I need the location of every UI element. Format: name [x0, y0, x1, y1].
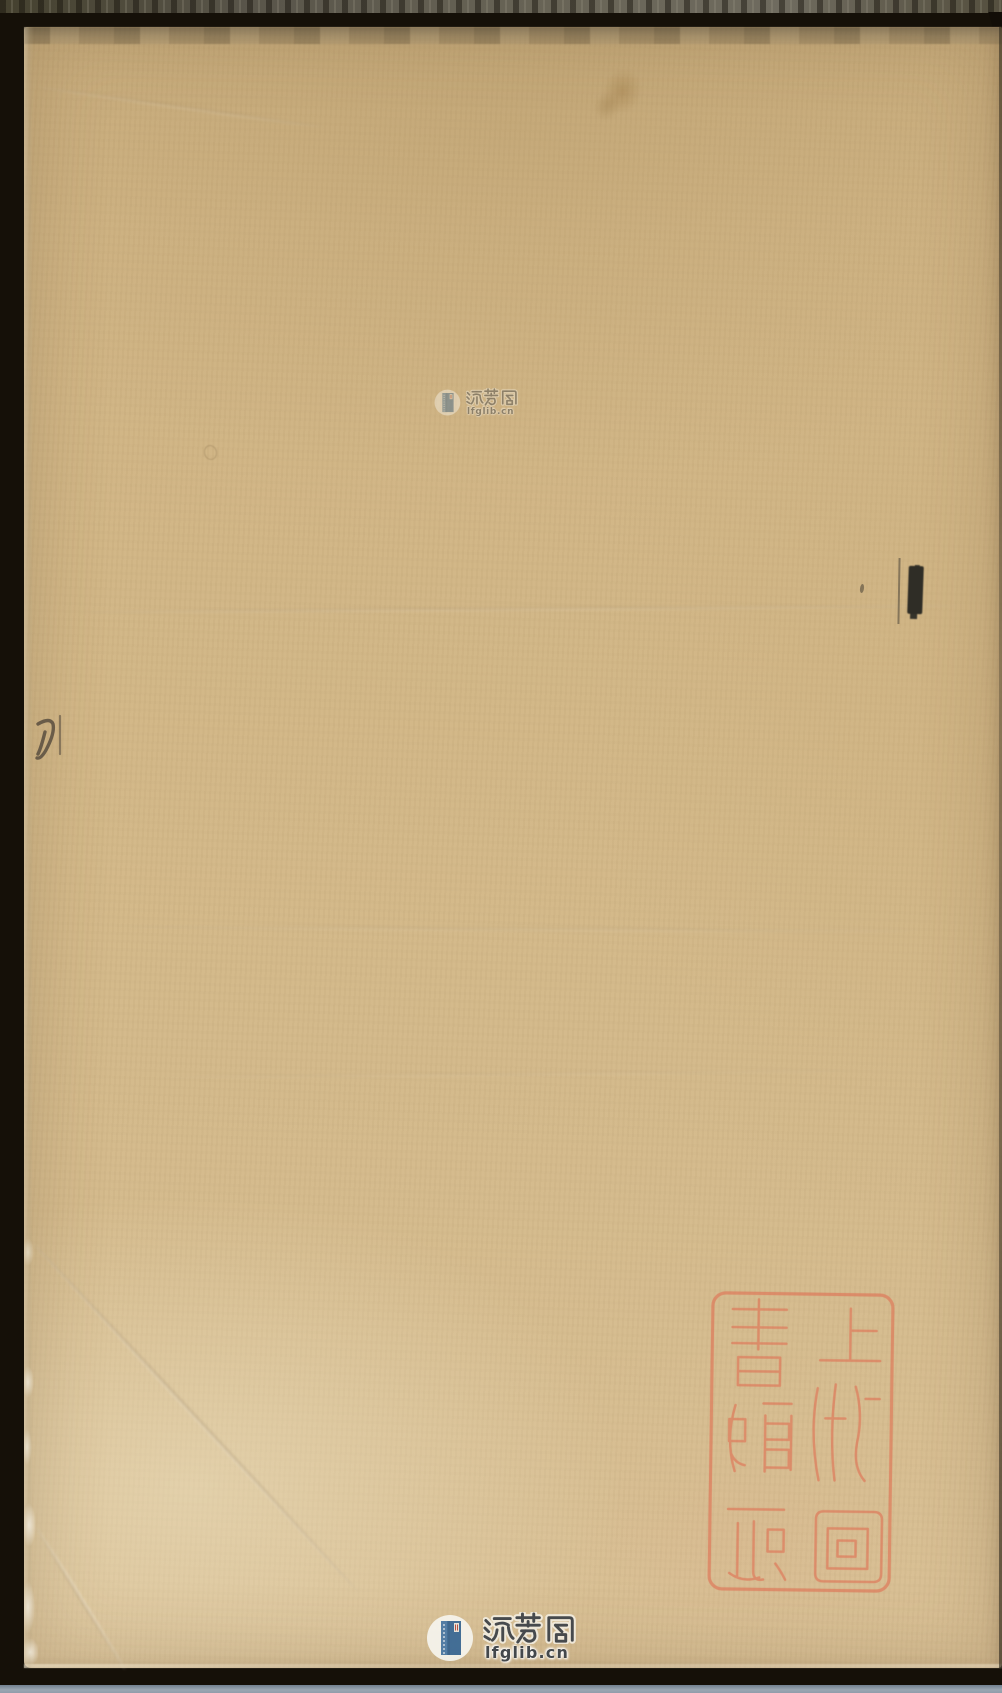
scanned-page-viewport: lfglib.cn	[0, 0, 1002, 1693]
top-left-crease	[38, 85, 324, 129]
small-ink-dot	[859, 584, 864, 593]
book-badge-icon	[426, 1614, 474, 1666]
ink-smudge-stain	[581, 58, 660, 136]
book-top-page-edges	[0, 0, 1002, 13]
paper-leaf: lfglib.cn	[24, 27, 1002, 1668]
horizontal-crease-1	[79, 604, 959, 614]
watermark-bottom: lfglib.cn	[426, 1612, 586, 1664]
library-collection-seal	[705, 1287, 899, 1600]
dark-ink-dash	[907, 566, 924, 614]
diagonal-fold-crease	[31, 1241, 360, 1593]
worn-bottom-edge	[24, 1664, 1002, 1668]
horizontal-crease-3	[154, 1069, 854, 1079]
watermark-site-url: lfglib.cn	[485, 1643, 569, 1662]
faint-pencil-ring	[202, 444, 218, 462]
worn-left-edge	[24, 27, 38, 1668]
corner-fold-crease	[34, 1526, 126, 1671]
horizontal-crease-2	[119, 925, 919, 933]
margin-pencil-line	[897, 558, 900, 624]
bottom-scanner-strip	[0, 1685, 1002, 1693]
watermark-site-url: lfglib.cn	[467, 405, 514, 416]
margin-ink-mark	[33, 710, 67, 766]
book-badge-icon	[434, 389, 461, 418]
watermark-center: lfglib.cn	[434, 388, 524, 417]
